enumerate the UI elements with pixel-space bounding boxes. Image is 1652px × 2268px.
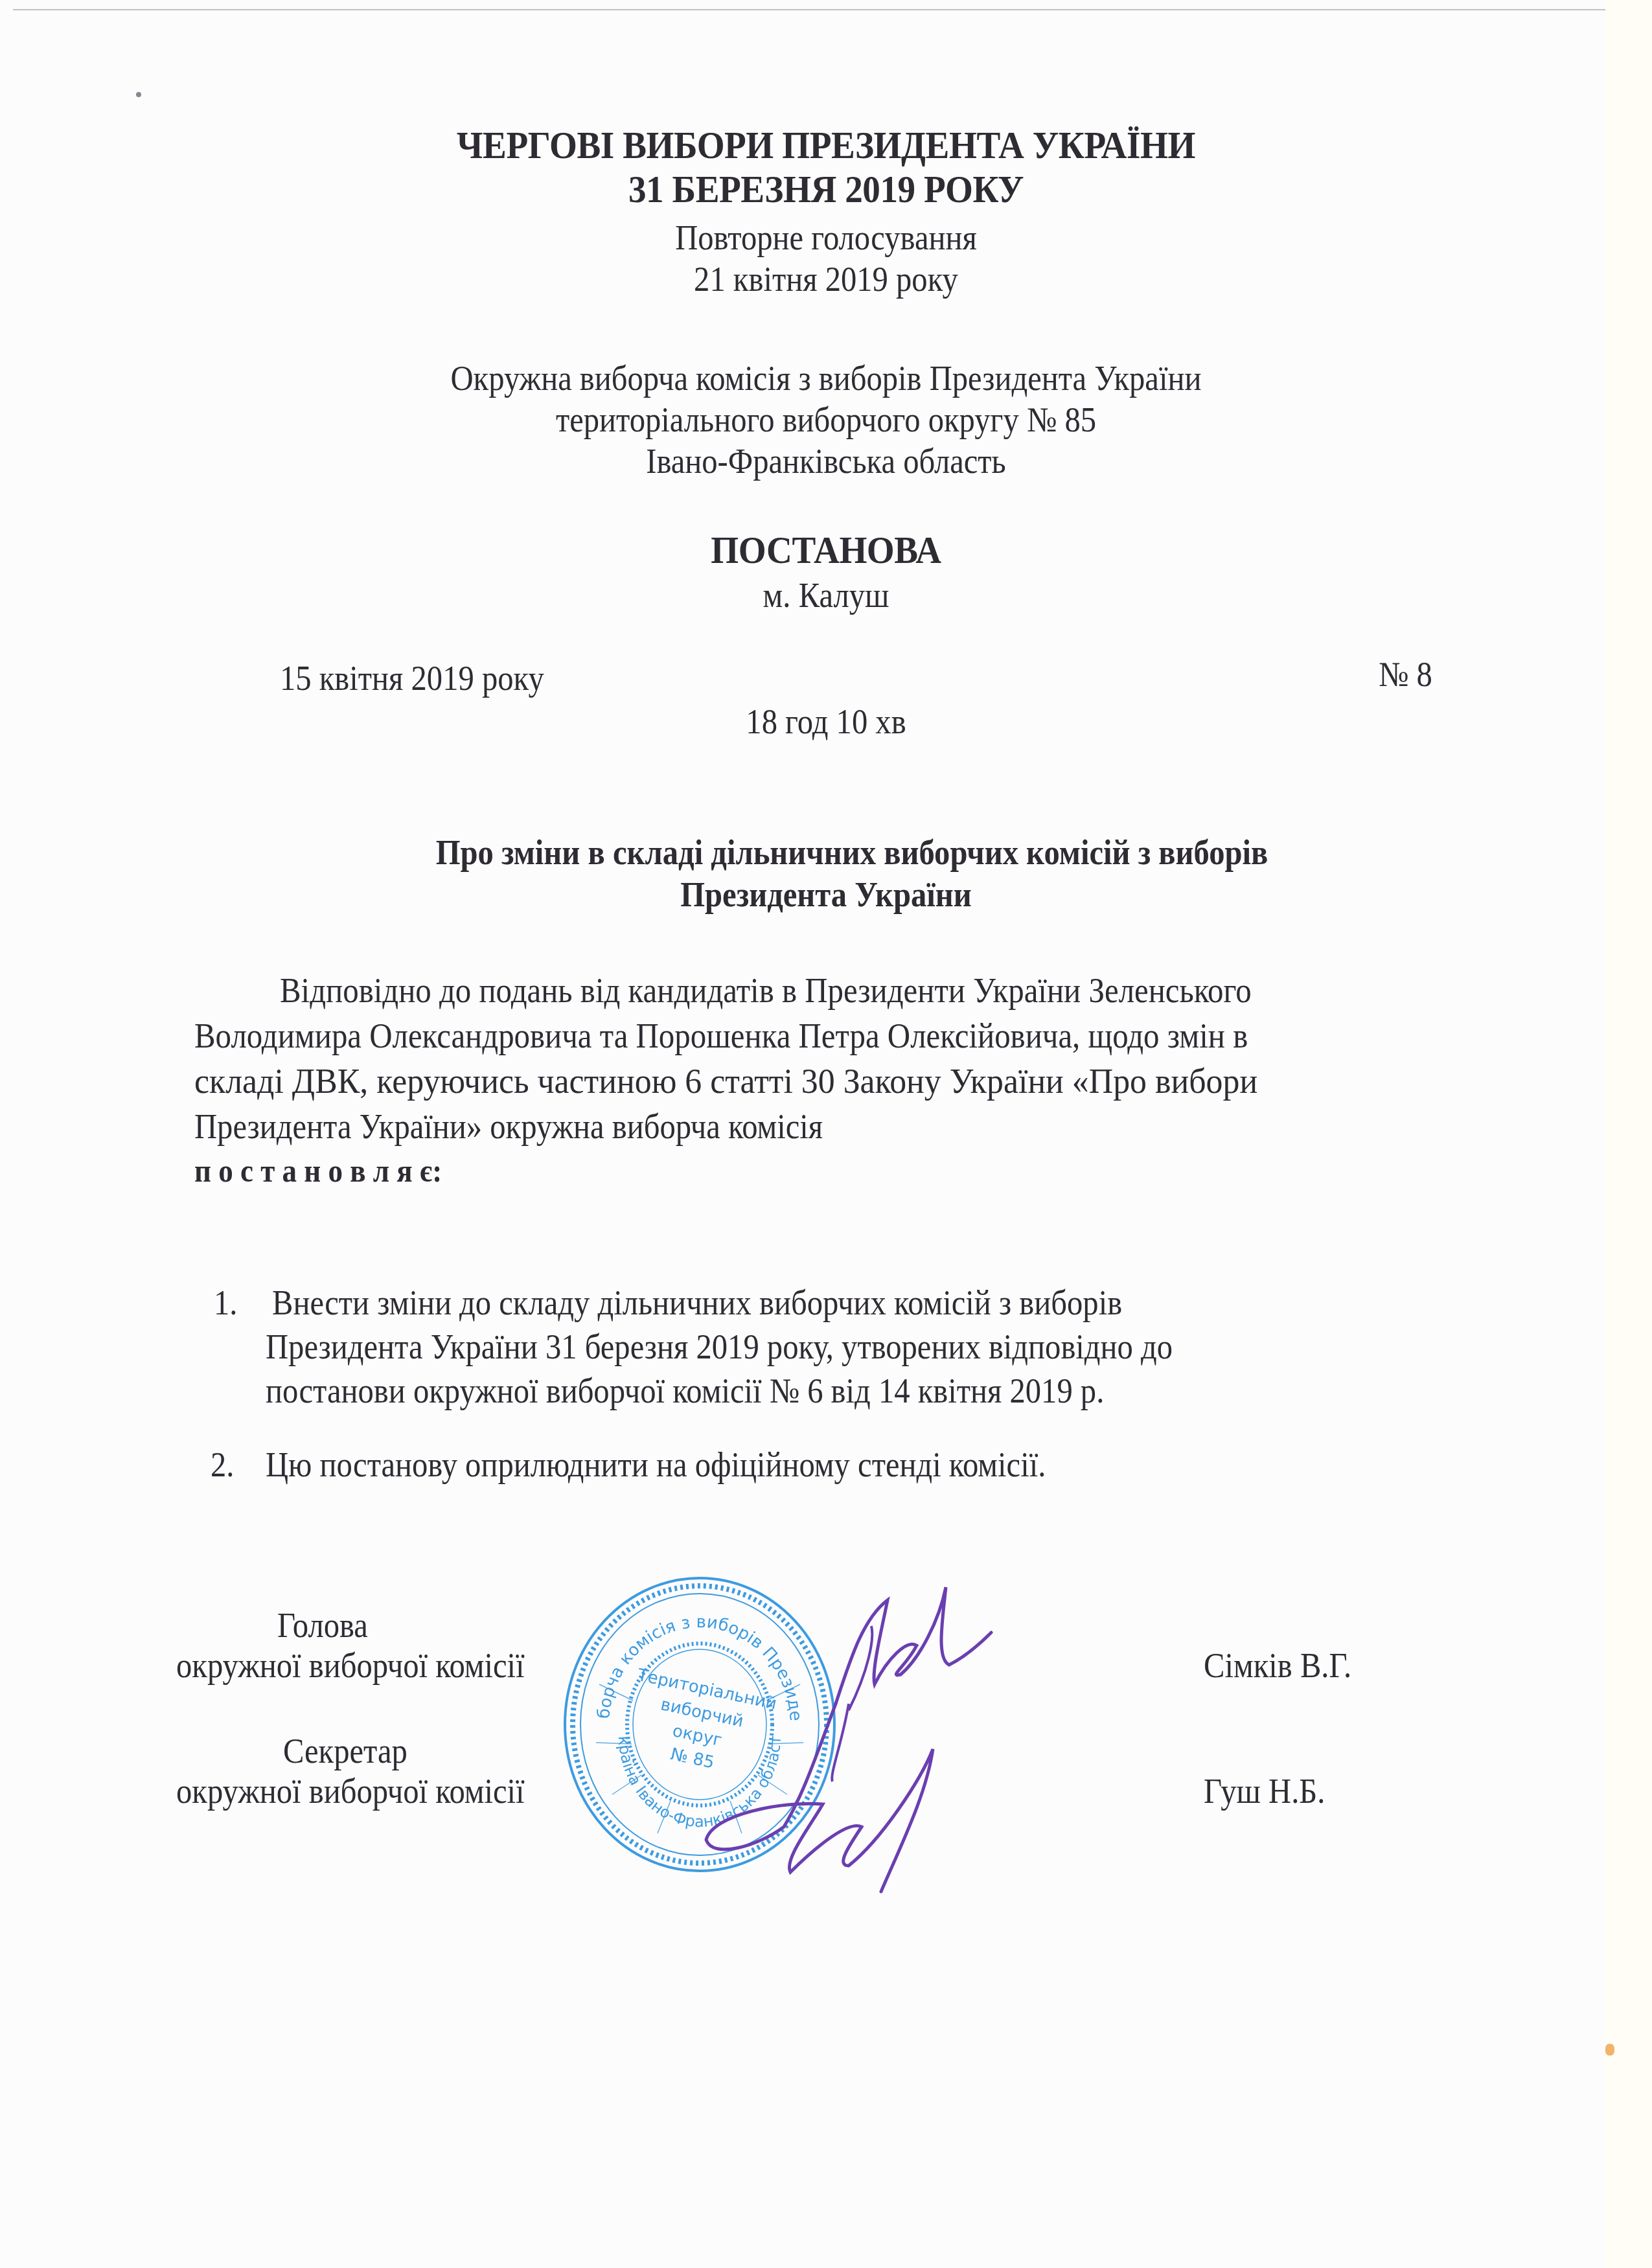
- round-label: Повторне голосування: [83, 218, 1570, 258]
- commission-name: Окружна виборча комісія з виборів Презид…: [83, 358, 1570, 398]
- item-number: 2.: [211, 1445, 234, 1485]
- secretary-signature: [687, 1678, 972, 1911]
- document-type: ПОСТАНОВА: [66, 528, 1586, 573]
- signatory-name: Сімків В.Г.: [1204, 1645, 1351, 1686]
- document-city: м. Калуш: [83, 575, 1570, 615]
- signature-role-sub: окружної виборчої комісії: [176, 1645, 525, 1686]
- document-number: № 8: [1379, 654, 1432, 694]
- signature-role: Голова: [277, 1605, 368, 1645]
- scan-speck: [136, 92, 141, 97]
- commission-region: Івано-Франківська область: [83, 441, 1570, 481]
- resolves-label: п о с т а н о в л я є:: [194, 1152, 442, 1189]
- preamble-line: складі ДВК, керуючись частиною 6 статті …: [194, 1061, 1257, 1101]
- item-text: Внести зміни до складу дільничних виборч…: [272, 1283, 1122, 1323]
- paper-edge: [1605, 0, 1652, 2268]
- item-text: Цю постанову оприлюднити на офіційному с…: [266, 1445, 1046, 1485]
- round-date: 21 квітня 2019 року: [83, 259, 1570, 299]
- signature-role-sub: окружної виборчої комісії: [176, 1771, 525, 1811]
- item-text: Президента України 31 березня 2019 року,…: [266, 1327, 1173, 1367]
- scan-speck: [1605, 2044, 1614, 2056]
- document-time: 18 год 10 хв: [83, 702, 1570, 742]
- scan-top-edge: [13, 9, 1652, 10]
- signature-role: Секретар: [283, 1731, 407, 1771]
- election-date: 31 БЕРЕЗНЯ 2019 РОКУ: [66, 167, 1586, 212]
- signatory-name: Гуш Н.Б.: [1204, 1771, 1325, 1811]
- election-title: ЧЕРГОВІ ВИБОРИ ПРЕЗИДЕНТА УКРАЇНИ: [66, 123, 1586, 168]
- commission-district: територіального виборчого округу № 85: [83, 400, 1570, 440]
- preamble-line: Відповідно до подань від кандидатів в Пр…: [280, 970, 1252, 1011]
- item-text: постанови окружної виборчої комісії № 6 …: [266, 1371, 1104, 1411]
- resolution-title: Про зміни в складі дільничних виборчих к…: [109, 832, 1596, 873]
- resolution-title-cont: Президента України: [83, 875, 1570, 915]
- document-date: 15 квітня 2019 року: [280, 658, 544, 698]
- item-number: 1.: [214, 1283, 237, 1323]
- preamble-line: Президента України» окружна виборча комі…: [194, 1106, 823, 1147]
- preamble-line: Володимира Олександровича та Порошенка П…: [194, 1016, 1248, 1056]
